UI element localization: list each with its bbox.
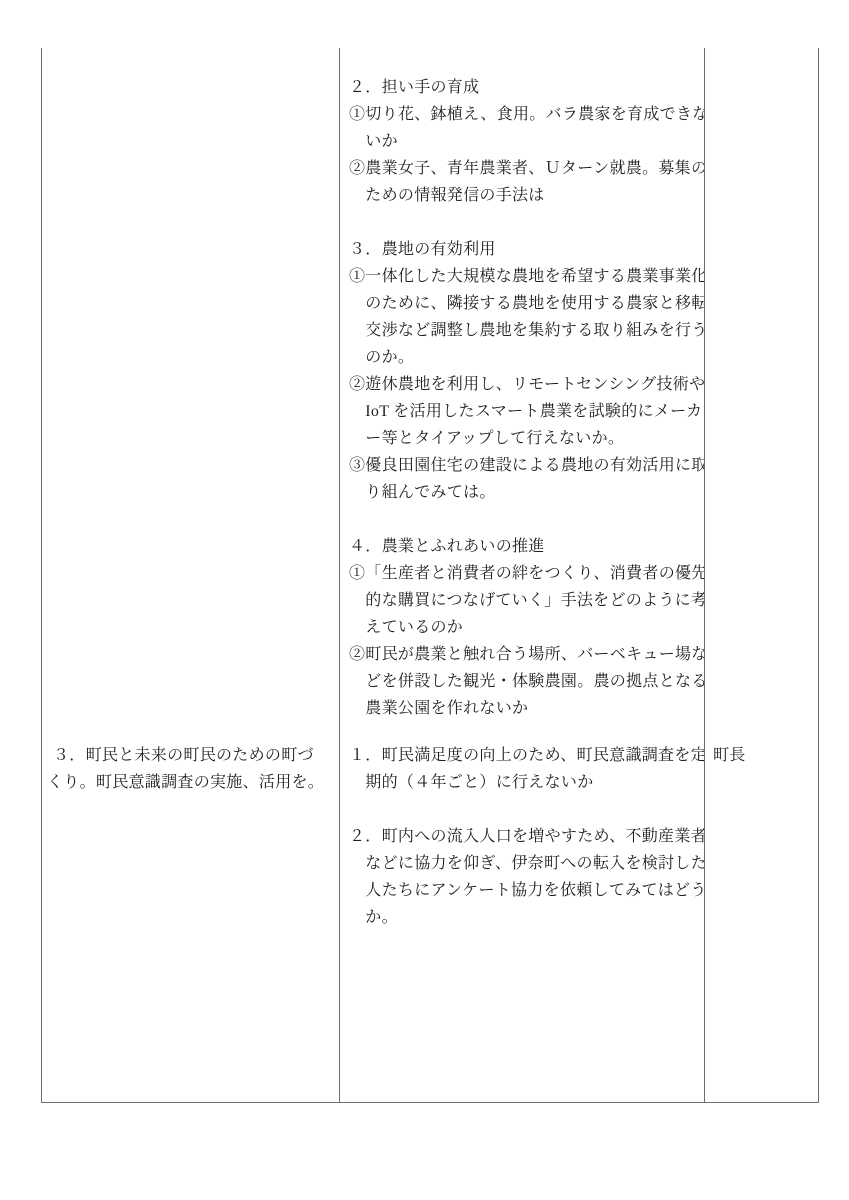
- question-summary-cell: ３．町民と未来の町民のための町づくり。町民意識調査の実施、活用を。: [42, 735, 339, 1102]
- text-line: ①切り花、鉢植え、食用。バラ農家を育成できな: [349, 101, 700, 128]
- text-line: [349, 506, 700, 533]
- text-line: [349, 209, 700, 236]
- text-line: のために、隣接する農地を使用する農家と移転: [349, 290, 700, 317]
- question-detail-cell: ２．担い手の育成①切り花、鉢植え、食用。バラ農家を育成できな いか②農業女子、青…: [339, 48, 705, 735]
- text-line: １．町民満足度の向上のため、町民意識調査を定: [349, 742, 700, 769]
- text-line: ４．農業とふれあいの推進: [349, 533, 700, 560]
- text-line: いか: [349, 128, 700, 155]
- text-line: くり。町民意識調査の実施、活用を。: [47, 769, 335, 796]
- questions-table: ２．担い手の育成①切り花、鉢植え、食用。バラ農家を育成できな いか②農業女子、青…: [41, 48, 819, 1103]
- text-line: ー等とタイアップして行えないか。: [349, 425, 700, 452]
- text-line: ①一体化した大規模な農地を希望する農業事業化: [349, 263, 700, 290]
- text-line: ２．担い手の育成: [349, 74, 700, 101]
- text-line: などに協力を仰ぎ、伊奈町への転入を検討した: [349, 850, 700, 877]
- text-line: 期的（４年ごと）に行えないか: [349, 769, 700, 796]
- text-line: か。: [349, 904, 700, 931]
- text-line: えているのか: [349, 614, 700, 641]
- text-line: ②遊休農地を利用し、リモートセンシング技術や: [349, 371, 700, 398]
- text-line: 農業公園を作れないか: [349, 695, 700, 722]
- question-summary-cell: [42, 48, 339, 735]
- question-detail-cell: １．町民満足度の向上のため、町民意識調査を定 期的（４年ごと）に行えないか ２．…: [339, 735, 705, 1102]
- text-line: のか。: [349, 344, 700, 371]
- text-line: 交渉など調整し農地を集約する取り組みを行う: [349, 317, 700, 344]
- text-line: り組んでみては。: [349, 479, 700, 506]
- text-line: ２．町内への流入人口を増やすため、不動産業者: [349, 823, 700, 850]
- answerer-cell: 町長: [705, 735, 818, 1102]
- text-line: IoT を活用したスマート農業を試験的にメーカ: [349, 398, 700, 425]
- text-line: どを併設した観光・体験農園。農の拠点となる: [349, 668, 700, 695]
- text-line: 的な購買につなげていく」手法をどのように考: [349, 587, 700, 614]
- text-line: ３．町民と未来の町民のための町づ: [47, 742, 335, 769]
- text-line: ための情報発信の手法は: [349, 182, 700, 209]
- answerer-cell: [705, 48, 818, 735]
- text-line: ②町民が農業と触れ合う場所、バーベキュー場な: [349, 641, 700, 668]
- text-line: 町長: [713, 742, 814, 769]
- table-row: ２．担い手の育成①切り花、鉢植え、食用。バラ農家を育成できな いか②農業女子、青…: [42, 48, 818, 735]
- text-line: ③優良田園住宅の建設による農地の有効活用に取: [349, 452, 700, 479]
- table-row: ３．町民と未来の町民のための町づくり。町民意識調査の実施、活用を。 １．町民満足…: [42, 735, 818, 1102]
- text-line: 人たちにアンケート協力を依頼してみてはどう: [349, 877, 700, 904]
- text-line: ②農業女子、青年農業者、Ｕターン就農。募集の: [349, 155, 700, 182]
- text-line: ３．農地の有効利用: [349, 236, 700, 263]
- text-line: [349, 796, 700, 823]
- text-line: ①「生産者と消費者の絆をつくり、消費者の優先: [349, 560, 700, 587]
- document-page: ２．担い手の育成①切り花、鉢植え、食用。バラ農家を育成できな いか②農業女子、青…: [0, 0, 849, 1200]
